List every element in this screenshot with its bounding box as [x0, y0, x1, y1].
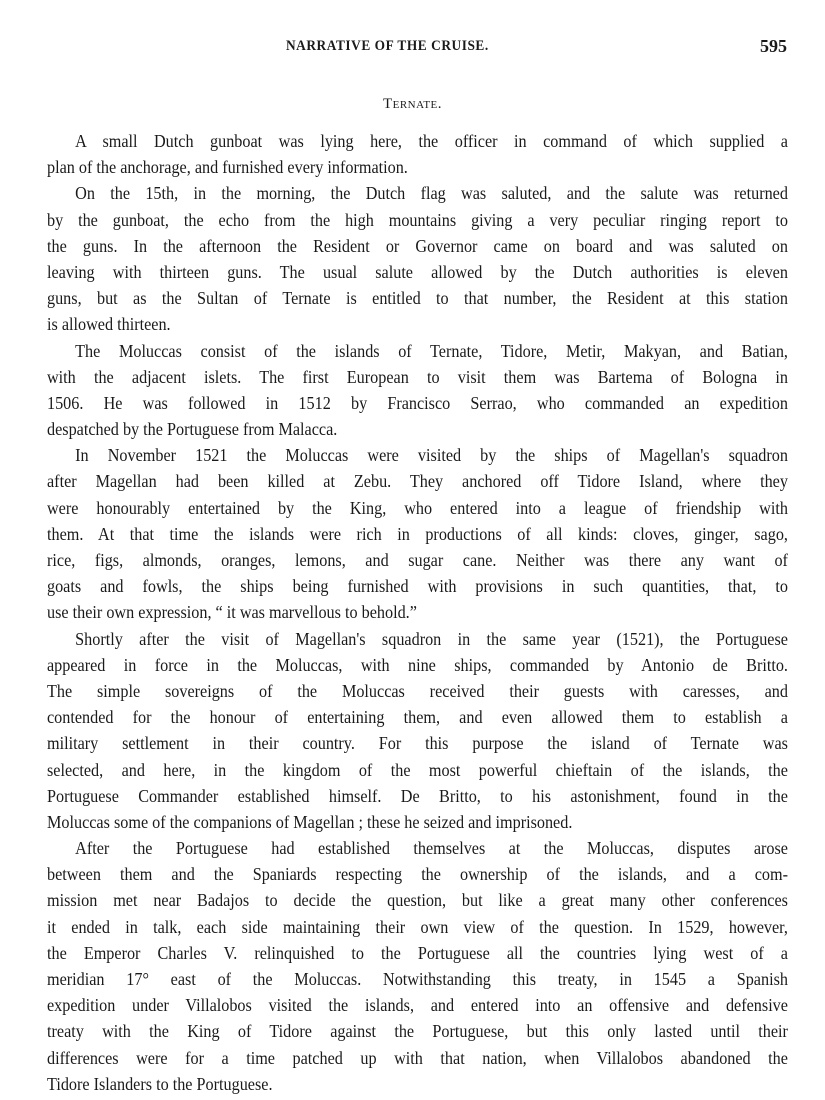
text-line: Portuguese Commander established himself… [47, 783, 788, 809]
text-line: military settlement in their country. Fo… [47, 730, 788, 756]
text-line: after Magellan had been killed at Zebu. … [47, 468, 788, 494]
text-line: by the gunboat, the echo from the high m… [47, 207, 788, 233]
running-head: NARRATIVE OF THE CRUISE. [286, 38, 489, 55]
text-line: between them and the Spaniards respectin… [47, 861, 788, 887]
text-line: despatched by the Portuguese from Malacc… [47, 416, 788, 442]
text-line: differences were for a time patched up w… [47, 1045, 788, 1071]
text-line: is allowed thirteen. [47, 311, 788, 337]
text-line: goats and fowls, the ships being furnish… [47, 573, 788, 599]
text-line: Tidore Islanders to the Portuguese. [47, 1071, 788, 1097]
text-line: were honourably entertained by the King,… [47, 495, 788, 521]
text-line: meridian 17° east of the Moluccas. Notwi… [47, 966, 788, 992]
page-header: NARRATIVE OF THE CRUISE. 595 [0, 34, 825, 58]
text-line: A small Dutch gunboat was lying here, th… [47, 128, 788, 154]
text-line: 1506. He was followed in 1512 by Francis… [47, 390, 788, 416]
paragraph: In November 1521 the Moluccas were visit… [47, 442, 788, 625]
text-line: treaty with the King of Tidore against t… [47, 1018, 788, 1044]
text-line: use their own expression, “ it was marve… [47, 599, 788, 625]
paragraph: After the Portuguese had established the… [47, 835, 788, 1097]
paragraph: The Moluccas consist of the islands of T… [47, 338, 788, 443]
text-line: guns, but as the Sultan of Ternate is en… [47, 285, 788, 311]
text-line: In November 1521 the Moluccas were visit… [47, 442, 788, 468]
text-line: appeared in force in the Moluccas, with … [47, 652, 788, 678]
text-line: the guns. In the afternoon the Resident … [47, 233, 788, 259]
text-line: After the Portuguese had established the… [47, 835, 788, 861]
text-line: with the adjacent islets. The first Euro… [47, 364, 788, 390]
page-number: 595 [760, 36, 787, 57]
body-text: A small Dutch gunboat was lying here, th… [47, 128, 788, 1097]
text-line: the Emperor Charles V. relinquished to t… [47, 940, 788, 966]
section-title: Ternate. [0, 96, 825, 113]
text-line: mission met near Badajos to decide the q… [47, 887, 788, 913]
text-line: The simple sovereigns of the Moluccas re… [47, 678, 788, 704]
text-line: plan of the anchorage, and furnished eve… [47, 154, 788, 180]
text-line: selected, and here, in the kingdom of th… [47, 757, 788, 783]
paragraph: Shortly after the visit of Magellan's sq… [47, 626, 788, 836]
text-line: On the 15th, in the morning, the Dutch f… [47, 180, 788, 206]
text-line: Shortly after the visit of Magellan's sq… [47, 626, 788, 652]
text-line: them. At that time the islands were rich… [47, 521, 788, 547]
text-line: Moluccas some of the companions of Magel… [47, 809, 788, 835]
text-line: leaving with thirteen guns. The usual sa… [47, 259, 788, 285]
paragraph: A small Dutch gunboat was lying here, th… [47, 128, 788, 180]
text-line: expedition under Villalobos visited the … [47, 992, 788, 1018]
text-line: contended for the honour of entertaining… [47, 704, 788, 730]
text-line: it ended in talk, each side maintaining … [47, 914, 788, 940]
text-line: rice, figs, almonds, oranges, lemons, an… [47, 547, 788, 573]
paragraph: On the 15th, in the morning, the Dutch f… [47, 180, 788, 337]
text-line: The Moluccas consist of the islands of T… [47, 338, 788, 364]
